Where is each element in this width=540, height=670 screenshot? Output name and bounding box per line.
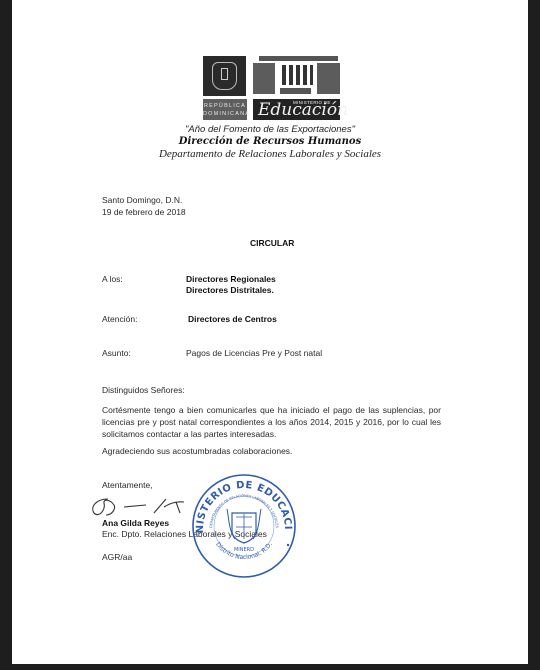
closing: Atentamente, xyxy=(102,480,153,490)
directorate-title: Dirección de Recursos Humanos xyxy=(12,136,528,147)
letter-place: Santo Domingo, D.N. xyxy=(102,195,182,205)
year-motto: "Año del Fomento de las Exportaciones" xyxy=(12,124,528,135)
document-page: REPÚBLICA DOMINICANA MINISTERIO DE Educa… xyxy=(12,0,528,664)
letter-date: 19 de febrero de 2018 xyxy=(102,207,186,217)
salutation: Distinguidos Señores: xyxy=(102,385,185,395)
reference-initials: AGR/aa xyxy=(102,552,132,562)
subject-value: Pagos de Licencias Pre y Post natal xyxy=(186,348,322,358)
official-stamp-icon: MINISTERIO DE EDUCACIÓN DEPARTAMENTO DE … xyxy=(191,473,297,579)
attention-label: Atención: xyxy=(102,314,137,324)
department-title: Departamento de Relaciones Laborales y S… xyxy=(12,148,528,160)
svg-text:MINERD: MINERD xyxy=(234,547,254,553)
signer-name: Ana Gilda Reyes xyxy=(102,518,169,528)
republic-label: REPÚBLICA DOMINICANA xyxy=(203,99,247,120)
letter-body: Cortésmente tengo a bien comunicarles qu… xyxy=(102,404,441,440)
thanks-line: Agradeciendo sus acostumbradas colaborac… xyxy=(102,446,292,456)
attention-value: Directores de Centros xyxy=(188,314,277,324)
building-icon xyxy=(259,56,338,61)
signature-icon xyxy=(84,493,194,521)
ministry-label: MINISTERIO DE Educación xyxy=(253,99,340,120)
letter-type: CIRCULAR xyxy=(250,238,294,248)
to-line-1: Directores Regionales xyxy=(186,274,276,284)
to-line-2: Directores Distritales. xyxy=(186,285,274,295)
coat-of-arms-icon xyxy=(203,56,246,96)
subject-label: Asunto: xyxy=(102,348,131,358)
to-label: A los: xyxy=(102,274,123,284)
